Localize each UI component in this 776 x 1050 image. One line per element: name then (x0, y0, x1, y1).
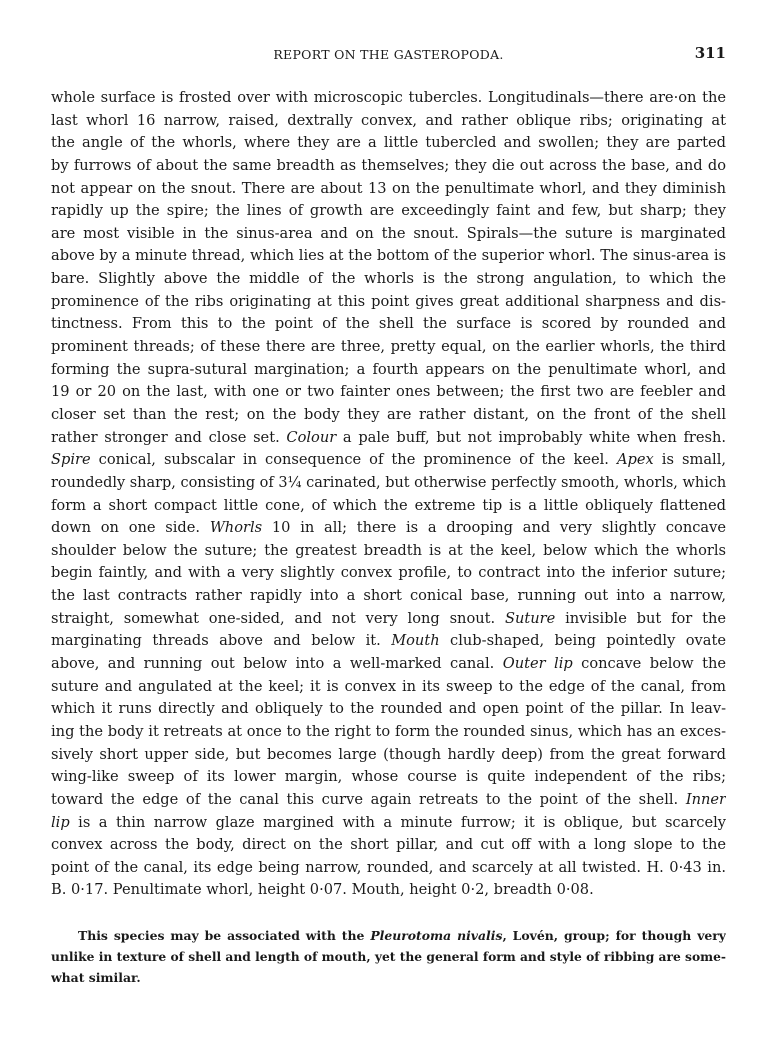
text-line: whole surface is frosted over with micro… (51, 87, 726, 110)
italic-term: Inner (686, 791, 726, 808)
text-line: 19 or 20 on the last, with one or two fa… (51, 381, 726, 404)
italic-term: Mouth (391, 632, 439, 649)
text-line: suture and angulated at the keel; it is … (51, 676, 726, 699)
text-line: rather stronger and close set. Colour a … (51, 427, 726, 450)
text-line: lip is a thin narrow glaze margined with… (51, 812, 726, 835)
text-line: which it runs directly and obliquely to … (51, 698, 726, 721)
italic-term: Spire (51, 451, 91, 468)
footnote-paragraph: This species may be associated with the … (51, 925, 726, 988)
text-line: prominent threads; of these there are th… (51, 336, 726, 359)
text-line: ing the body it retreats at once to the … (51, 721, 726, 744)
italic-term: Apex (617, 451, 654, 468)
text-line: B. 0·17. Penultimate whorl, height 0·07.… (51, 879, 726, 902)
italic-term: Outer lip (503, 655, 573, 672)
running-header: REPORT ON THE GASTEROPODA. 311 (51, 44, 726, 66)
text-line: closer set than the rest; on the body th… (51, 404, 726, 427)
text-line: tinctness. From this to the point of the… (51, 313, 726, 336)
species-description-paragraph: whole surface is frosted over with micro… (51, 87, 726, 902)
text-line: are most visible in the sinus-area and o… (51, 223, 726, 246)
text-line: roundedly sharp, consisting of 3¼ carina… (51, 472, 726, 495)
page-number: 311 (695, 44, 726, 62)
text-line: bare. Slightly above the middle of the w… (51, 268, 726, 291)
text-line: down on one side. Whorls 10 in all; ther… (51, 517, 726, 540)
text-line: convex across the body, direct on the sh… (51, 834, 726, 857)
text-line: rapidly up the spire; the lines of growt… (51, 200, 726, 223)
text-line: point of the canal, its edge being narro… (51, 857, 726, 880)
text-line: begin faintly, and with a very slightly … (51, 562, 726, 585)
text-line: the angle of the whorls, where they are … (51, 132, 726, 155)
text-line: the last contracts rather rapidly into a… (51, 585, 726, 608)
italic-term: Suture (505, 610, 555, 627)
italic-term: Colour (286, 429, 336, 446)
text-line: marginating threads above and below it. … (51, 630, 726, 653)
text-line: toward the edge of the canal this curve … (51, 789, 726, 812)
text-line: shoulder below the suture; the greatest … (51, 540, 726, 563)
text-line: not appear on the snout. There are about… (51, 178, 726, 201)
italic-term: Pleurotoma nivalis (370, 928, 502, 943)
text-line: unlike in texture of shell and length of… (51, 946, 726, 967)
text-line: This species may be associated with the … (51, 925, 726, 946)
italic-term: lip (51, 814, 70, 831)
text-line: sively short upper side, but becomes lar… (51, 744, 726, 767)
text-line: last whorl 16 narrow, raised, dextrally … (51, 110, 726, 133)
text-line: straight, somewhat one-sided, and not ve… (51, 608, 726, 631)
running-title: REPORT ON THE GASTEROPODA. (51, 47, 726, 62)
text-line: what similar. (51, 967, 726, 988)
text-line: prominence of the ribs originating at th… (51, 291, 726, 314)
text-line: wing-like sweep of its lower margin, who… (51, 766, 726, 789)
text-line: above, and running out below into a well… (51, 653, 726, 676)
text-line: Spire conical, subscalar in consequence … (51, 449, 726, 472)
text-line: form a short compact little cone, of whi… (51, 495, 726, 518)
text-line: forming the supra-sutural margination; a… (51, 359, 726, 382)
text-line: above by a minute thread, which lies at … (51, 245, 726, 268)
text-line: by furrows of about the same breadth as … (51, 155, 726, 178)
italic-term: Whorls (210, 519, 262, 536)
